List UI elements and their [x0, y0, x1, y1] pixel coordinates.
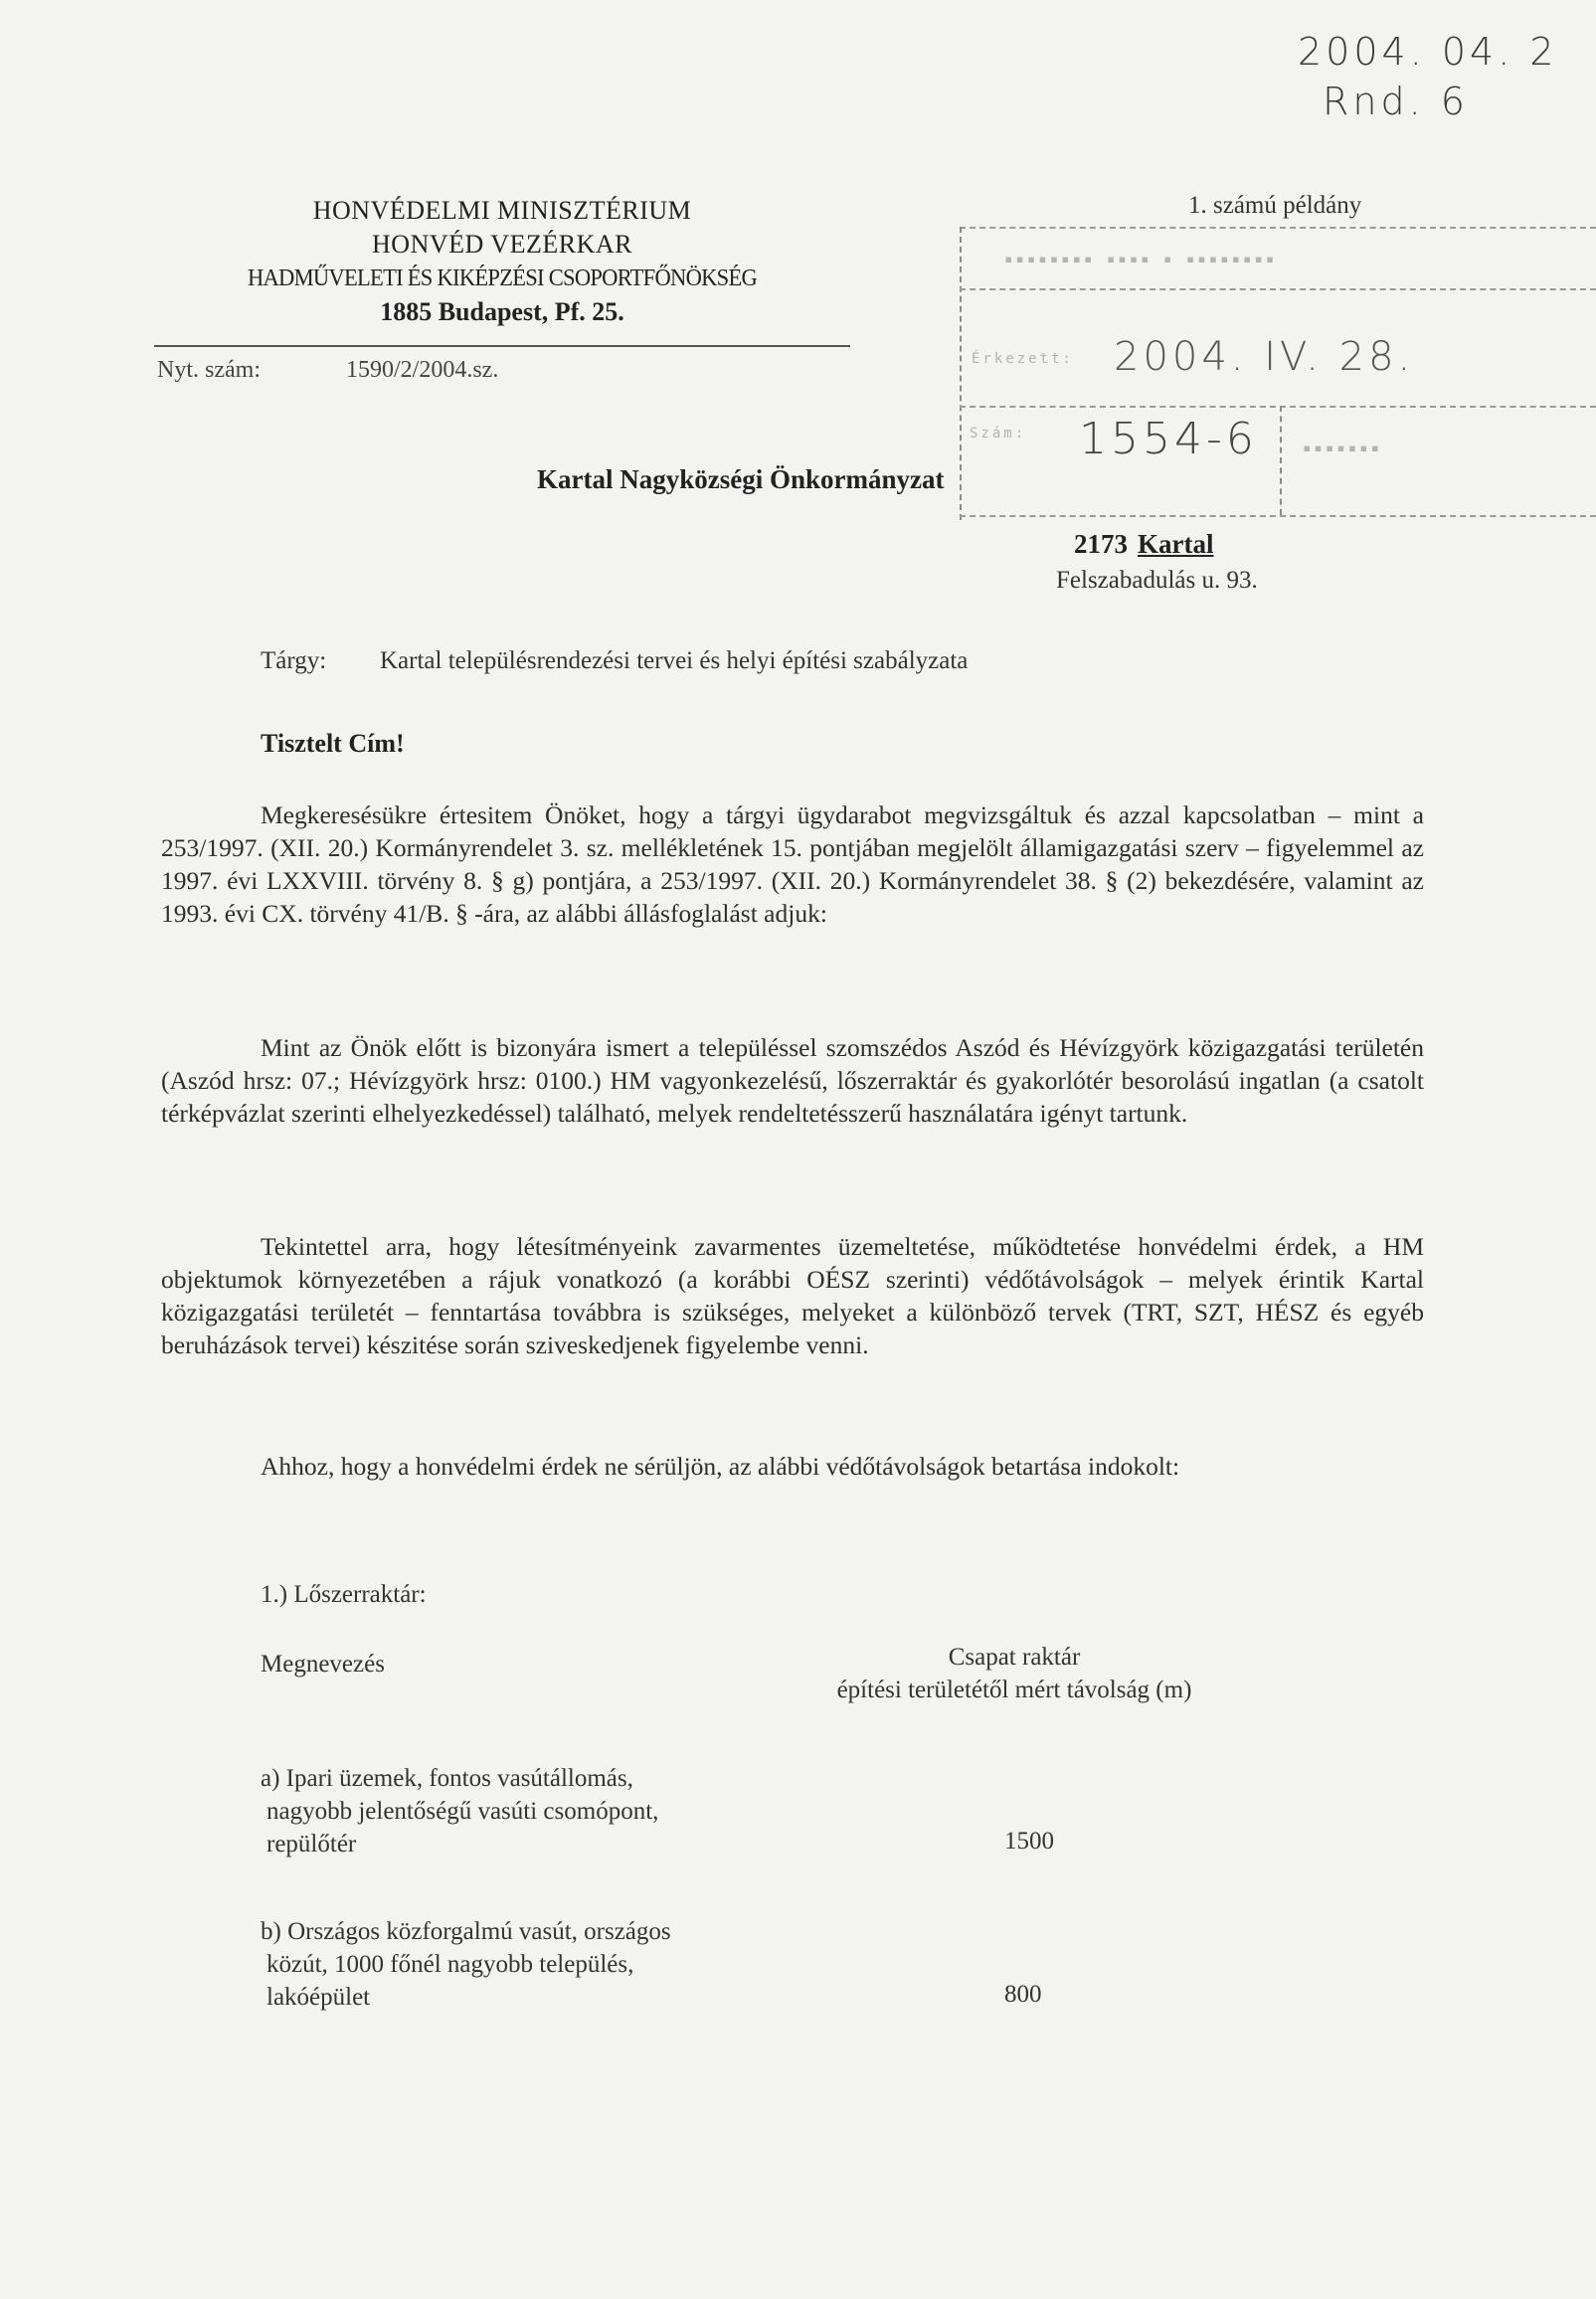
column-header-distance-line1: Csapat raktár	[736, 1641, 1293, 1674]
row-label-line: b) Országos közforgalmú vasút, országos	[261, 1915, 817, 1948]
recipient-street: Felszabadulás u. 93.	[1056, 567, 1258, 595]
handwritten-note: Rnd. 6	[1323, 80, 1469, 123]
body-paragraph: Tekintettel arra, hogy létesítményeink z…	[161, 1230, 1424, 1361]
stamp-extra-field: ▪▪▪▪▪▪▪	[1303, 441, 1382, 456]
sender-letterhead: HONVÉDELMI MINISZTÉRIUM HONVÉD VEZÉRKAR …	[154, 194, 850, 329]
stamp-row-divider	[960, 406, 1596, 408]
subject-text: Kartal településrendezési tervei és hely…	[380, 647, 968, 674]
recipient-city-line: 2173Kartal	[1074, 529, 1213, 560]
sender-address: 1885 Budapest, Pf. 25.	[154, 295, 850, 329]
stamp-border-bottom	[960, 515, 1596, 517]
stamp-column-divider	[1280, 406, 1282, 515]
recipient-city: Kartal	[1138, 529, 1213, 559]
body-paragraph: Ahhoz, hogy a honvédelmi érdek ne sérülj…	[161, 1450, 1424, 1483]
body-paragraph: Mint az Önök előtt is bizonyára ismert a…	[161, 1031, 1424, 1130]
recipient-postcode: 2173	[1074, 529, 1128, 559]
table-row-distance: 800	[1004, 1981, 1042, 2009]
row-label-line: a) Ipari üzemek, fontos vasútállomás,	[261, 1762, 817, 1795]
stamp-border-left	[960, 227, 962, 520]
sender-department: HADMŰVELETI ÉS KIKÉPZÉSI CSOPORTFŐNÖKSÉG	[182, 262, 822, 295]
copy-number-label: 1. számú példány	[1188, 192, 1361, 220]
handwritten-date: 2004. 04. 2	[1298, 30, 1558, 74]
subject-line: Tárgy:Kartal településrendezési tervei é…	[261, 647, 968, 675]
stamp-number-label: Szám:	[970, 426, 1026, 442]
stamp-border-top	[960, 227, 1596, 229]
stamp-file-number: 1554-6	[1079, 414, 1258, 464]
row-label-line: lakóépület	[261, 1981, 817, 2014]
salutation: Tisztelt Cím!	[261, 729, 405, 759]
column-header-distance-line2: építési területétől mért távolság (m)	[736, 1674, 1293, 1706]
registry-stamp: ▪▪▪▪▪▪▪▪ ▪▪▪▪ ▪ ▪▪▪▪▪▪▪▪ Érkezett: 2004.…	[960, 227, 1596, 525]
row-label-line: repülőtér	[261, 1828, 817, 1860]
table-row-label: a) Ipari üzemek, fontos vasútállomás, na…	[261, 1762, 817, 1860]
table-row-label: b) Országos közforgalmú vasút, országos …	[261, 1915, 817, 2014]
reference-label: Nyt. szám:	[157, 357, 346, 384]
stamp-row-divider	[960, 288, 1596, 290]
section-title: 1.) Lőszerraktár:	[261, 1581, 427, 1609]
stamp-received-label: Érkezett:	[972, 351, 1074, 367]
subject-label: Tárgy:	[261, 647, 380, 675]
row-label-line: nagyobb jelentőségű vasúti csomópont,	[261, 1795, 817, 1828]
recipient-name: Kartal Nagyközségi Önkormányzat	[537, 464, 944, 495]
column-header-distance: Csapat raktár építési területétől mért t…	[736, 1641, 1293, 1706]
header-divider	[154, 345, 850, 347]
sender-general-staff: HONVÉD VEZÉRKAR	[154, 228, 850, 262]
stamp-received-date: 2004. IV. 28.	[1114, 334, 1414, 380]
stamp-office-text: ▪▪▪▪▪▪▪▪ ▪▪▪▪ ▪ ▪▪▪▪▪▪▪▪	[1004, 252, 1277, 267]
sender-ministry: HONVÉDELMI MINISZTÉRIUM	[154, 194, 850, 228]
row-label-line: közút, 1000 főnél nagyobb település,	[261, 1948, 817, 1981]
body-paragraph: Megkeresésükre értesitem Önöket, hogy a …	[161, 798, 1424, 930]
reference-value: 1590/2/2004.sz.	[346, 357, 498, 383]
column-header-name: Megnevezés	[261, 1651, 385, 1679]
reference-number: Nyt. szám:1590/2/2004.sz.	[157, 357, 498, 384]
table-row-distance: 1500	[1004, 1828, 1054, 1856]
